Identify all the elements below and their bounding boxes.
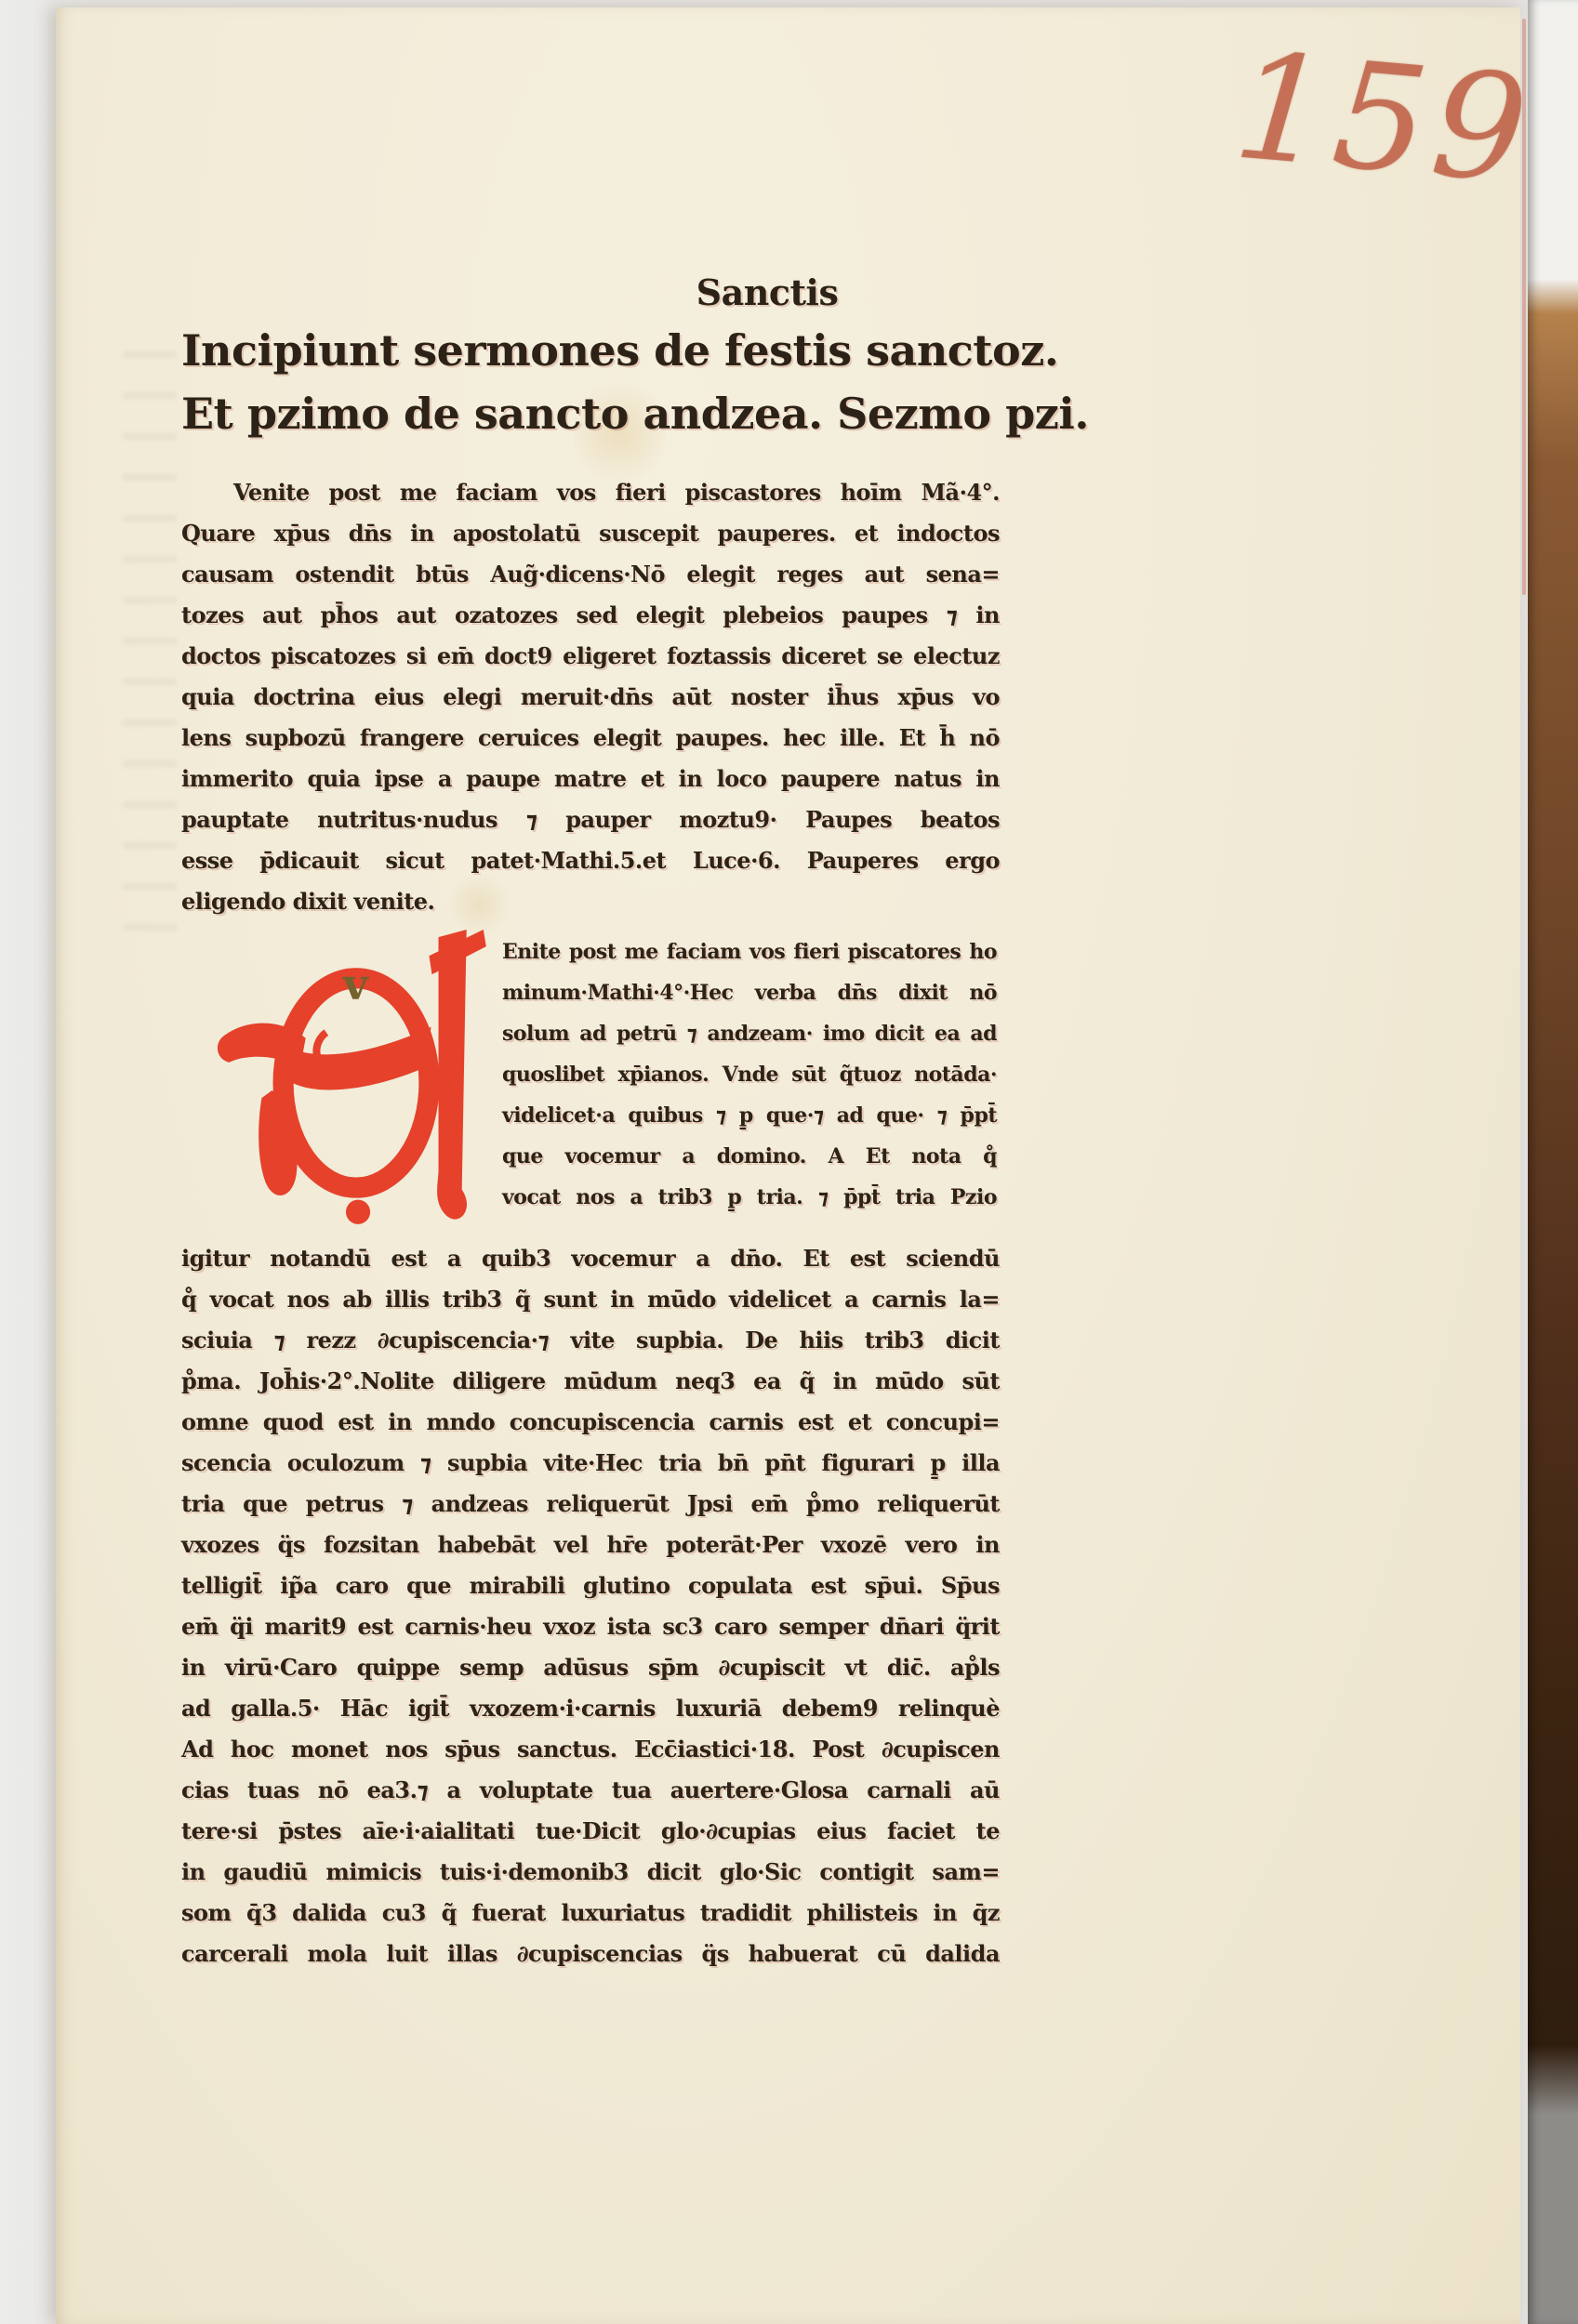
text-line: ad galla.5· Hāc igit̄ vxozem·i·carnis lu… bbox=[181, 1688, 1000, 1729]
text-line: videlicet·a quibus ⁊ p̱ que·⁊ ad que· ⁊ … bbox=[502, 1095, 997, 1136]
text-line: tria que petrus ⁊ andzeas reliquerūt Jps… bbox=[181, 1484, 1000, 1525]
paragraph-sermon-body: igitur notandū est a quib3 vocemur a dn̄… bbox=[181, 1238, 1000, 1974]
folio-number: 159 bbox=[1228, 20, 1539, 217]
text-line: vxozes q̈s fozsitan habebāt vel hr̄e pot… bbox=[181, 1525, 1000, 1565]
text-line: tere·si p̄stes aīe·i·aialitati tue·Dicit… bbox=[181, 1811, 1000, 1852]
text-line: que vocemur a domino. A Et nota q̊ bbox=[502, 1136, 997, 1177]
text-line: igitur notandū est a quib3 vocemur a dn̄… bbox=[181, 1238, 1000, 1279]
guide-letter: v bbox=[342, 958, 370, 1009]
text-line: lens supbozū frangere ceruices elegit pa… bbox=[181, 718, 1000, 759]
text-line: doctos piscatozes si em̄ doct9 eligeret … bbox=[181, 636, 1000, 677]
title-line-2: Et pzimo de sancto andzea. Sezmo pzi. bbox=[181, 389, 974, 439]
text-line: eligendo dixit venite. bbox=[181, 881, 1000, 922]
text-line: cias tuas nō ea3.⁊ a voluptate tua auert… bbox=[181, 1770, 1000, 1811]
text-line: som q̄3 dalida cu3 q̃ fuerat luxuriatus … bbox=[181, 1893, 1000, 1934]
title-line-1: Incipiunt sermones de festis sanctoz. bbox=[181, 325, 974, 376]
text-line: immerito quia ipse a paupe matre et in l… bbox=[181, 759, 1000, 799]
text-line: esse p̄dicauit sicut patet·Mathi.5.et Lu… bbox=[181, 840, 1000, 881]
text-line: Enite post me faciam vos fieri piscatore… bbox=[502, 931, 997, 972]
text-line: scencia oculozum ⁊ supbia vite·Hec tria … bbox=[181, 1443, 1000, 1484]
text-line: carcerali mola luit illas ∂cupiscencias … bbox=[181, 1934, 1000, 1974]
text-line: minum·Mathi·4°·Hec verba dn̄s dixit nō bbox=[502, 972, 997, 1013]
text-line: causam ostendit btūs Aug̃·dicens·Nō eleg… bbox=[181, 554, 1000, 595]
text-line: in virū·Caro quippe semp adūsus sp̄m ∂cu… bbox=[181, 1647, 1000, 1688]
text-line: p̊ma. Joh̄is·2°.Nolite diligere mūdum ne… bbox=[181, 1361, 1000, 1402]
paragraph-sermon-start: Enite post me faciam vos fieri piscatore… bbox=[502, 931, 997, 1218]
text-line: quia doctrina eius elegi meruit·dn̄s aūt… bbox=[181, 677, 1000, 718]
lombard-initial-v-icon: v bbox=[212, 924, 491, 1251]
text-line: em̄ q̈i marit9 est carnis·heu vxoz ista … bbox=[181, 1606, 1000, 1647]
text-line: vocat nos a trib3 p̱ tria. ⁊ p̄pt̄ tria … bbox=[502, 1177, 997, 1218]
running-header: Sanctis bbox=[181, 271, 1176, 313]
text-line: telligit̄ ip̃a caro que mirabili glutino… bbox=[181, 1565, 1000, 1606]
book-page: 159 Sanctis Incipiunt sermones de festis… bbox=[56, 7, 1520, 2324]
text-line: tozes aut ph̄os aut ozatozes sed elegit … bbox=[181, 595, 1000, 636]
text-line: quoslibet xp̄ianos. Vnde sūt q̃tuoz notā… bbox=[502, 1054, 997, 1095]
text-line: Ad hoc monet nos sp̄us sanctus. Ecc̄iast… bbox=[181, 1729, 1000, 1770]
book-binding bbox=[1528, 0, 1578, 2324]
text-line: in gaudiū mimicis tuis·i·demonib3 dicit … bbox=[181, 1852, 1000, 1893]
rubricated-initial: v bbox=[212, 924, 491, 1251]
paragraph-thema: Venite post me faciam vos fieri piscasto… bbox=[181, 472, 1000, 922]
text-line: sciuia ⁊ rezz ∂cupiscencia·⁊ vite supbia… bbox=[181, 1320, 1000, 1361]
text-line: pauptate nutritus·nudus ⁊ pauper moztu9·… bbox=[181, 799, 1000, 840]
text-line: solum ad petrū ⁊ andzeam· imo dicit ea a… bbox=[502, 1013, 997, 1054]
text-line: Quare xp̄us dn̄s in apostolatū suscepit … bbox=[181, 513, 1000, 554]
fore-edge-line bbox=[1522, 19, 1526, 595]
text-line: omne quod est in mndo concupiscencia car… bbox=[181, 1402, 1000, 1443]
text-line: Venite post me faciam vos fieri piscasto… bbox=[181, 472, 1000, 513]
show-through bbox=[123, 351, 177, 946]
text-line: q̊ vocat nos ab illis trib3 q̃ sunt in m… bbox=[181, 1279, 1000, 1320]
